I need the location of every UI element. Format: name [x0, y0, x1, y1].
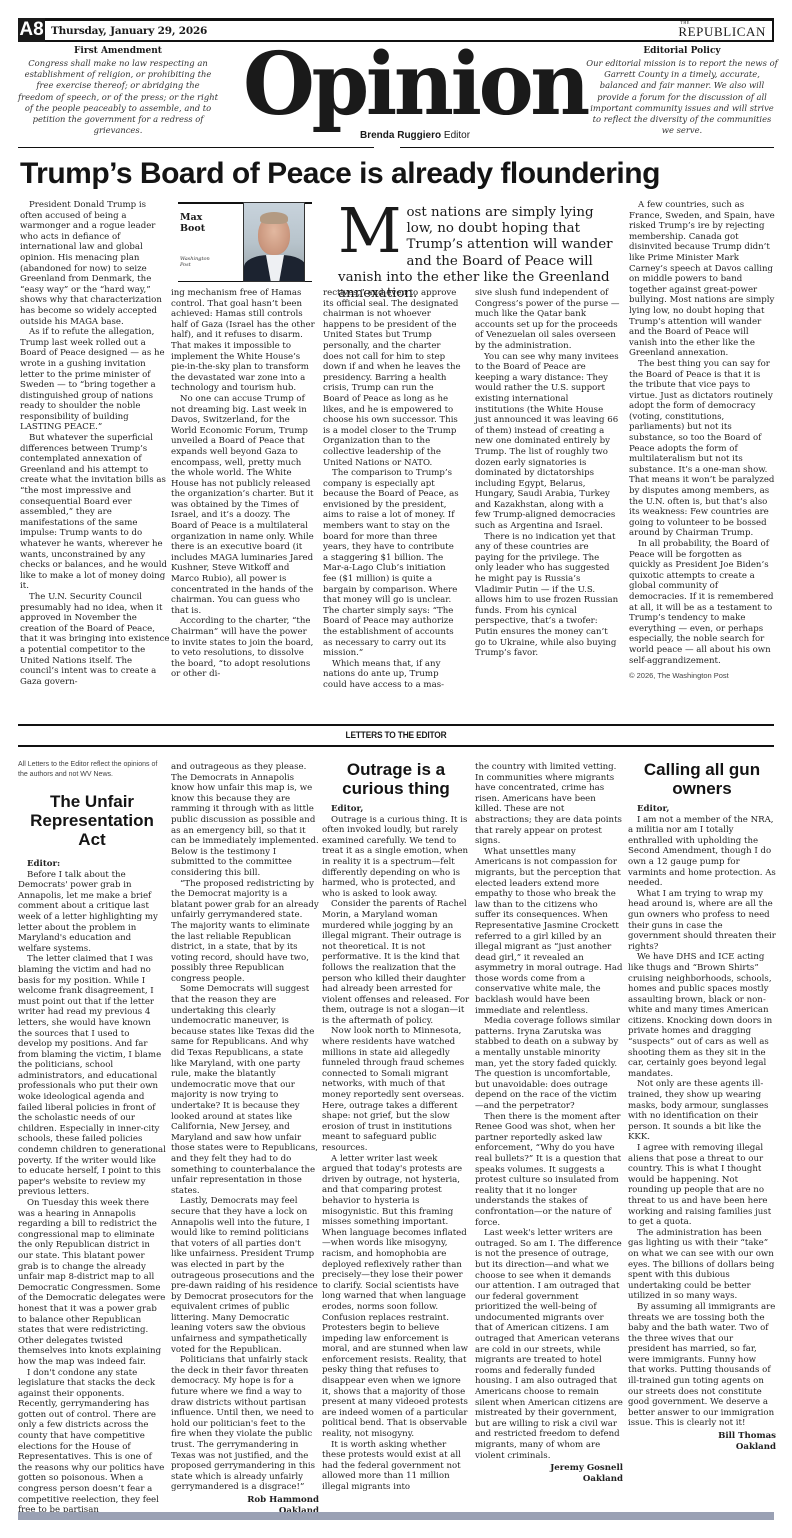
- section-title: Opinion: [243, 40, 587, 130]
- letter-3-signature: Bill Thomas Oakland: [628, 1431, 776, 1453]
- article-headline: Trump’s Board of Peace is already flound…: [20, 156, 780, 192]
- outlet-line-2: Post: [180, 262, 210, 268]
- author-first-name: Max: [180, 212, 205, 223]
- letter-3-author: Bill Thomas: [628, 1431, 776, 1442]
- editor-credit: Brenda Ruggiero Editor: [360, 130, 470, 141]
- footer-bar: [18, 1512, 774, 1520]
- article-paragraph: A few countries, such as France, Sweden,…: [629, 200, 775, 359]
- article-paragraph: President Donald Trump is often accused …: [20, 200, 170, 327]
- first-amendment-text: Congress shall make no law respecting an…: [18, 58, 218, 136]
- editor-role: Editor: [444, 130, 470, 141]
- author-last-name: Boot: [180, 223, 205, 234]
- letter-2-town: Oakland: [475, 1474, 623, 1485]
- letter-3-column: Calling all gun owners Editor, I am not …: [628, 760, 776, 1453]
- letter-paragraph: Media coverage follows similar patterns.…: [475, 1016, 623, 1111]
- article-paragraph: As if to refute the allegation, Trump la…: [20, 327, 170, 433]
- letter-2-salutation: Editor,: [322, 804, 470, 815]
- letter-3-title: Calling all gun owners: [628, 760, 776, 798]
- letters-disclaimer: All Letters to the Editor reflect the op…: [18, 760, 158, 779]
- letter-paragraph: Outrage is a curious thing. It is often …: [322, 815, 470, 900]
- article-paragraph: sive slush fund independent of Congress’…: [475, 288, 620, 352]
- editorial-policy-title: Editorial Policy: [586, 46, 778, 56]
- letter-paragraph: We have DHS and ICE acting like thugs an…: [628, 952, 776, 1079]
- issue-date: Thursday, January 29, 2026: [51, 25, 207, 37]
- article-paragraph: ing mechanism free of Hamas control. Tha…: [171, 288, 316, 394]
- letters-section-label: LETTERS TO THE EDITOR: [48, 730, 745, 741]
- copyright-notice: © 2026, The Washington Post: [629, 671, 775, 682]
- letter-2-author: Jeremy Gosnell: [475, 1463, 623, 1474]
- editorial-policy-text: Our editorial mission is to report the n…: [586, 58, 778, 136]
- article-paragraph: rectives,” and even to approve its offic…: [323, 288, 461, 468]
- article-paragraph: According to the charter, “the Chairman”…: [171, 616, 316, 680]
- article-paragraph: The best thing you can say for the Board…: [629, 359, 775, 539]
- letter-paragraph: Politicians that unfairly stack the deck…: [171, 1355, 319, 1493]
- article-paragraph: You can see why many invitees to the Boa…: [475, 352, 620, 532]
- section-divider-top: [18, 724, 774, 726]
- letter-paragraph: “The proposed redistricting by the Democ…: [171, 879, 319, 985]
- letter-1-author: Rob Hammond: [171, 1495, 319, 1506]
- author-photo: [243, 202, 305, 282]
- letter-paragraph: A letter writer last week argued that to…: [322, 1154, 470, 1440]
- article-paragraph: No one can accuse Trump of not dreaming …: [171, 394, 316, 616]
- letter-2-signature: Jeremy Gosnell Oakland: [475, 1463, 623, 1485]
- letter-paragraph: By assuming all immigrants are threats w…: [628, 1302, 776, 1429]
- article-paragraph: In all probability, the Board of Peace w…: [629, 539, 775, 666]
- article-column-2: ing mechanism free of Hamas control. Tha…: [171, 288, 316, 680]
- article-paragraph: There is no indication yet that any of t…: [475, 532, 620, 659]
- letter-3-town: Oakland: [628, 1442, 776, 1453]
- logo-the: THE: [680, 20, 690, 25]
- newspaper-logo: THE REPUBLICAN: [678, 24, 766, 40]
- letter-1-title: The Unfair Representation Act: [18, 792, 166, 849]
- logo-name: REPUBLICAN: [678, 24, 766, 39]
- letter-paragraph: Consider the parents of Rachel Morin, a …: [322, 899, 470, 1026]
- editorial-policy-box: Editorial Policy Our editorial mission i…: [586, 46, 778, 136]
- letter-paragraph: Not only are these agents ill-trained, t…: [628, 1079, 776, 1143]
- letter-paragraph: Last week's letter writers are outraged.…: [475, 1228, 623, 1461]
- article-column-3: rectives,” and even to approve its offic…: [323, 288, 461, 691]
- photo-hair: [260, 212, 288, 224]
- letter-paragraph: Some Democrats will suggest that the rea…: [171, 984, 319, 1196]
- author-outlet: Washington Post: [180, 256, 210, 268]
- letter-paragraph: On Tuesday this week there was a hearing…: [18, 1198, 166, 1368]
- letter-paragraph: I am not a member of the NRA, a militia …: [628, 815, 776, 889]
- letter-paragraph: the country with limited vetting. In com…: [475, 762, 623, 847]
- article-paragraph: The comparison to Trump’s company is esp…: [323, 468, 461, 659]
- letter-1-column-2: and outrageous as they please. The Democ…: [171, 762, 319, 1517]
- article-paragraph: But whatever the superficial differences…: [20, 433, 170, 592]
- letter-2-column-1: Outrage is a curious thing Editor, Outra…: [322, 760, 470, 1493]
- article-paragraph: Which means that, if any nations do ante…: [323, 659, 461, 691]
- editor-name: Brenda Ruggiero: [360, 130, 441, 141]
- section-divider-bottom: [18, 745, 774, 747]
- article-column-5: A few countries, such as France, Sweden,…: [629, 200, 775, 682]
- letter-paragraph: What I am trying to wrap my head around …: [628, 889, 776, 953]
- header-divider-right: [400, 147, 774, 148]
- first-amendment-box: First Amendment Congress shall make no l…: [18, 46, 218, 136]
- article-paragraph: The U.N. Security Council presumably had…: [20, 592, 170, 687]
- letter-paragraph: What unsettles many Americans is not com…: [475, 847, 623, 1017]
- letter-1-salutation: Editor:: [18, 859, 166, 870]
- letter-2-title: Outrage is a curious thing: [322, 760, 470, 798]
- letter-3-salutation: Editor,: [628, 804, 776, 815]
- letter-paragraph: and outrageous as they please. The Democ…: [171, 762, 319, 879]
- letter-paragraph: I don't condone any state legislature th…: [18, 1368, 166, 1516]
- article-column-1: President Donald Trump is often accused …: [20, 200, 170, 687]
- letter-paragraph: The administration has been gas lighting…: [628, 1228, 776, 1302]
- letter-paragraph: Before I talk about the Democrats' power…: [18, 870, 166, 955]
- drop-cap: M: [338, 207, 401, 255]
- letter-paragraph: Now look north to Minnesota, where resid…: [322, 1026, 470, 1153]
- author-name: Max Boot: [180, 212, 205, 234]
- letter-paragraph: The letter claimed that I was blaming th…: [18, 954, 166, 1198]
- page-number: A8: [18, 18, 45, 42]
- header-divider-left: [18, 147, 374, 148]
- article-column-4: sive slush fund independent of Congress’…: [475, 288, 620, 659]
- letter-paragraph: It is worth asking whether these protest…: [322, 1440, 470, 1493]
- letter-paragraph: Then there is the moment after Renee Goo…: [475, 1112, 623, 1229]
- first-amendment-title: First Amendment: [18, 46, 218, 56]
- letter-1-column-1: The Unfair Representation Act Editor: Be…: [18, 792, 166, 1516]
- letter-2-column-2: the country with limited vetting. In com…: [475, 762, 623, 1485]
- letter-paragraph: Lastly, Democrats may feel secure that t…: [171, 1196, 319, 1355]
- letter-paragraph: I agree with removing illegal aliens tha…: [628, 1143, 776, 1228]
